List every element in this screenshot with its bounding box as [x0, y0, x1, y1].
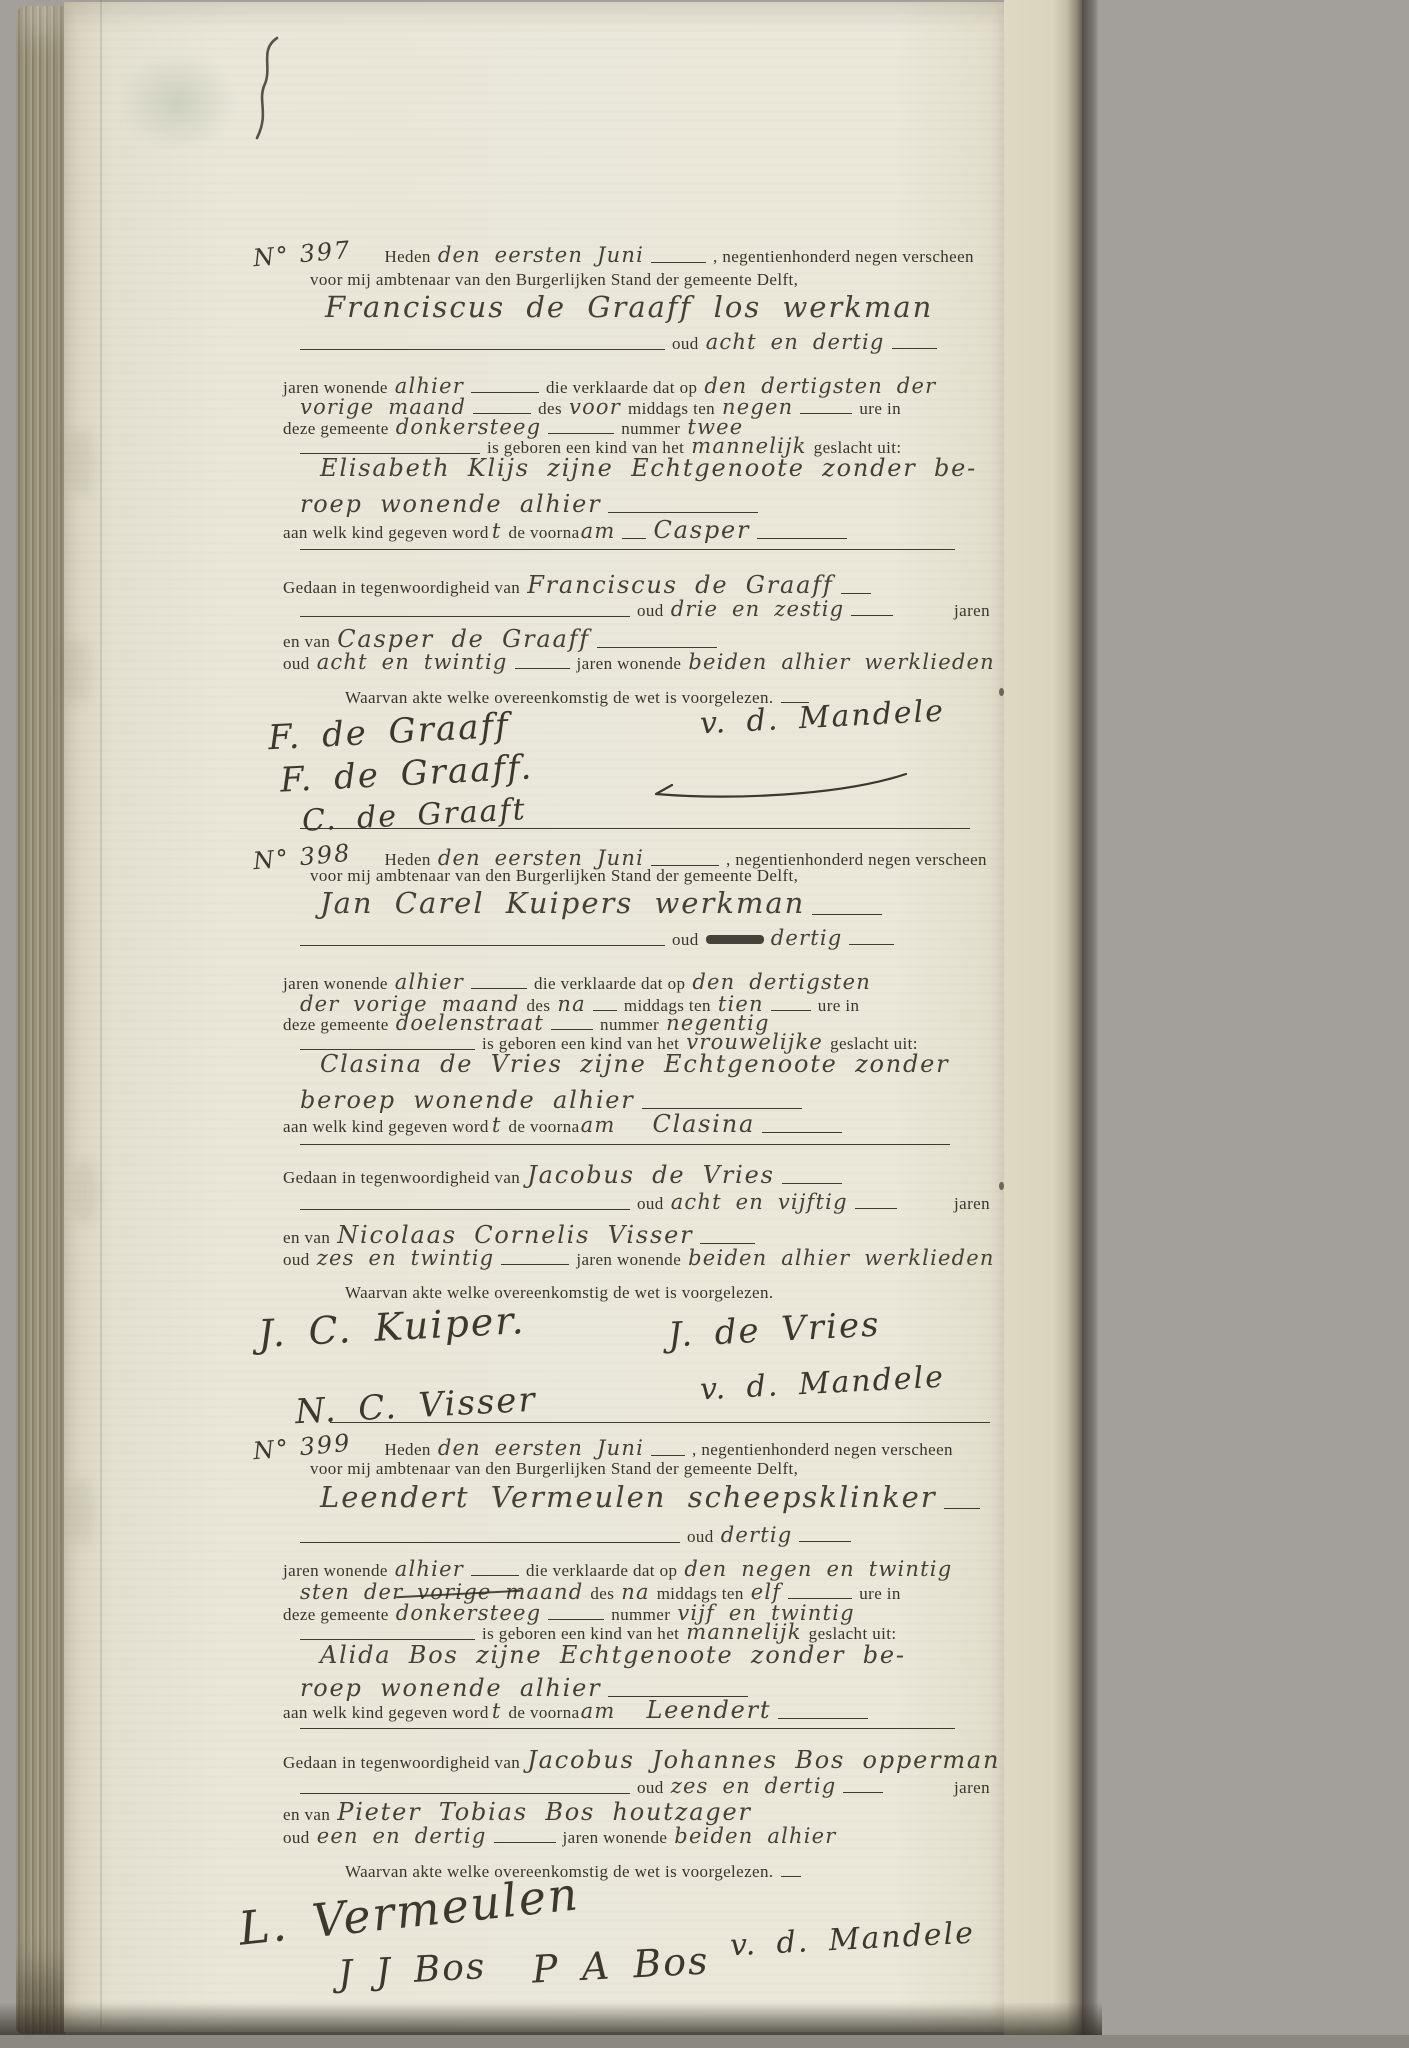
hw-witness1: Franciscus de Graaff: [527, 571, 833, 599]
label-heden: Heden: [384, 247, 430, 267]
rule: [849, 942, 894, 945]
rule: [515, 666, 570, 669]
act-separator-rule: [300, 828, 970, 829]
label-oud: oud: [637, 1194, 664, 1214]
label-en-van: en van: [283, 1805, 330, 1825]
label-jaren: jaren: [954, 1778, 990, 1798]
label-jaren-wonende: jaren wonende: [576, 1250, 681, 1270]
hw-witness2-age: zes en twintig: [317, 1246, 495, 1270]
hw-witness2: Nicolaas Cornelis Visser: [337, 1221, 693, 1249]
fill-line: [300, 1637, 475, 1640]
rule: [471, 986, 527, 989]
rule: [851, 613, 893, 616]
act-number: N° 397: [252, 236, 353, 272]
binding-gutter-shadow: [1082, 0, 1098, 2048]
hw-witness2-age: acht en twintig: [317, 650, 508, 674]
label-en-van: en van: [283, 632, 330, 652]
declarant-line: Jan Carel Kuipers werkman: [320, 886, 882, 920]
rule: [812, 912, 882, 915]
age-line: oud dertig: [300, 1523, 851, 1547]
rule: [473, 411, 531, 414]
act-separator-rule: [330, 1422, 990, 1423]
label-jaren-wonende: jaren wonende: [283, 974, 388, 994]
witness1-line: Gedaan in tegenwoordigheid van Jacobus J…: [283, 1746, 1000, 1774]
witness1-line: Gedaan in tegenwoordigheid van Franciscu…: [283, 571, 871, 599]
child-name-line: aan welk kind gegeven word t de voorna a…: [283, 1696, 868, 1724]
hw-birth-date-1: den negen en twintig: [684, 1557, 952, 1581]
book-page-stack-edge: [16, 6, 66, 2034]
witness1-age-line: oud acht en vijftig jaren: [300, 1190, 990, 1214]
declarant-line: Franciscus de Graaff los werkman: [325, 290, 933, 324]
hw-residence-both: beiden alhier werklieden: [688, 650, 995, 674]
label-oud: oud: [637, 601, 664, 621]
hw-child-name: Leendert: [646, 1696, 771, 1724]
label-oud: oud: [283, 1250, 310, 1270]
label-de-voorna: de voorna: [508, 1703, 579, 1723]
section-rule: [300, 549, 955, 550]
ink-bleed-smudge: [68, 1480, 94, 1544]
hw-residence: alhier: [395, 970, 464, 994]
residence-line: jaren wonende alhier die verklaarde dat …: [283, 1557, 952, 1581]
rule: [651, 1453, 685, 1456]
label-aan-welk: aan welk kind gegeven word: [283, 523, 489, 543]
hw-word-suffix: t: [492, 519, 502, 543]
rule: [841, 591, 871, 594]
hw-birth-date-1: den dertigsten: [692, 970, 871, 994]
rule: [892, 346, 937, 349]
label-year: , negentienhonderd negen verscheen: [713, 247, 974, 267]
hw-act-date: den eersten Juni: [438, 243, 644, 267]
section-rule: [300, 1144, 950, 1145]
hw-witness2: Casper de Graaff: [337, 625, 590, 653]
label-oud: oud: [283, 654, 310, 674]
hw-voorna-suffix: am: [581, 1113, 616, 1137]
signature: J J Bos: [337, 1946, 487, 1995]
witness2-line: en van Nicolaas Cornelis Visser: [283, 1221, 755, 1249]
witness1-line: Gedaan in tegenwoordigheid van Jacobus d…: [283, 1161, 842, 1189]
label-oud: oud: [672, 930, 699, 950]
label-official: voor mij ambtenaar van den Burgerlijken …: [310, 866, 798, 886]
witness2-line: en van Casper de Graaff: [283, 625, 717, 653]
rule: [771, 1008, 811, 1011]
stitch-hole: [999, 688, 1004, 696]
rule: [762, 1130, 842, 1133]
child-name-line: aan welk kind gegeven word t de voorna a…: [283, 516, 847, 544]
label-die-verklaarde: die verklaarde dat op: [534, 974, 685, 994]
hw-residence-both: beiden alhier: [674, 1824, 836, 1848]
rule: [471, 1573, 519, 1576]
section-rule: [300, 1728, 955, 1729]
fill-line: [300, 1540, 680, 1543]
hw-witness2-age: een en dertig: [317, 1824, 487, 1848]
label-ure-in: ure in: [818, 996, 860, 1016]
mother-line-1: Alida Bos zijne Echtgenoote zonder be-: [320, 1641, 906, 1669]
label-oud: oud: [283, 1828, 310, 1848]
witness2-age-line: oud acht en twintig jaren wonende beiden…: [283, 650, 995, 674]
rule: [642, 1106, 802, 1109]
hw-age: dertig: [721, 1523, 793, 1547]
label-heden: Heden: [384, 1440, 430, 1460]
hw-mother-cont: roep wonende alhier: [300, 490, 601, 518]
rule: [494, 1840, 556, 1843]
child-name-line: aan welk kind gegeven word t de voorna a…: [283, 1110, 842, 1138]
hw-word-suffix: t: [492, 1699, 502, 1723]
page-crease: [100, 0, 102, 2030]
stitch-hole: [999, 1182, 1004, 1190]
rule: [799, 1539, 851, 1542]
ink-flourish: [247, 34, 291, 151]
rule: [622, 536, 646, 539]
label-gedaan: Gedaan in tegenwoordigheid van: [283, 1753, 520, 1773]
label-oud: oud: [687, 1527, 714, 1547]
fill-line: [300, 943, 665, 946]
fill-line: [300, 1791, 630, 1794]
hw-act-date: den eersten Juni: [438, 1436, 644, 1460]
hw-mother: Elisabeth Klijs zijne Echtgenoote zonder…: [320, 454, 977, 482]
hw-voorna-suffix: am: [581, 519, 616, 543]
official-line: voor mij ambtenaar van den Burgerlijken …: [310, 270, 798, 290]
hw-residence-both: beiden alhier werklieden: [688, 1246, 995, 1270]
rule: [855, 1206, 897, 1209]
hw-child-name: Casper: [653, 516, 750, 544]
label-ure-in: ure in: [859, 1584, 901, 1604]
label-official: voor mij ambtenaar van den Burgerlijken …: [310, 1459, 798, 1479]
hw-child-name: Clasina: [652, 1110, 755, 1138]
label-jaren-wonende: jaren wonende: [563, 1828, 668, 1848]
register-page-scan: N° 397 Heden den eersten Juni , negentie…: [0, 0, 1409, 2048]
label-aan-welk: aan welk kind gegeven word: [283, 1117, 489, 1137]
fill-line: [300, 347, 665, 350]
hw-declarant: Leendert Vermeulen scheepsklinker: [320, 1480, 937, 1514]
hw-mother: Clasina de Vries zijne Echtgenoote zonde…: [320, 1050, 949, 1078]
label-jaren: jaren: [954, 1194, 990, 1214]
witness2-age-line: oud een en dertig jaren wonende beiden a…: [283, 1824, 837, 1848]
page-bottom-shadow: [0, 2002, 1102, 2036]
rule: [471, 390, 539, 393]
witness1-age-line: oud drie en zestig jaren: [300, 597, 990, 621]
label-oud: oud: [672, 334, 699, 354]
witness2-line: en van Pieter Tobias Bos houtzager: [283, 1798, 752, 1826]
underlying-page-edge: [1004, 0, 1082, 2048]
act-header-line: N° 397 Heden den eersten Juni , negentie…: [253, 240, 974, 268]
label-waarvan: Waarvan akte welke overeenkomstig de wet…: [345, 1283, 774, 1303]
age-line: oud acht en dertig: [300, 330, 937, 354]
hw-word-suffix: t: [492, 1113, 502, 1137]
hw-voorna-suffix: am: [581, 1699, 616, 1723]
rule: [700, 1241, 755, 1244]
closing-line: Waarvan akte welke overeenkomstig de wet…: [345, 1283, 774, 1303]
witness1-age-line: oud zes en dertig jaren: [300, 1774, 990, 1798]
mother-line-2: roep wonende alhier: [300, 490, 758, 518]
rule: [757, 536, 847, 539]
hw-mother: Alida Bos zijne Echtgenoote zonder be-: [320, 1641, 906, 1669]
rule: [800, 411, 852, 414]
photo-bottom-edge: [0, 2035, 1409, 2048]
rule: [843, 1790, 883, 1793]
mother-line-1: Elisabeth Klijs zijne Echtgenoote zonder…: [320, 454, 977, 482]
label-en-van: en van: [283, 1228, 330, 1248]
hw-residence: alhier: [395, 1557, 464, 1581]
official-line: voor mij ambtenaar van den Burgerlijken …: [310, 866, 798, 886]
ink-bleed-smudge: [72, 1160, 98, 1224]
label-oud: oud: [637, 1778, 664, 1798]
label-jaren-wonende: jaren wonende: [283, 1561, 388, 1581]
hw-declarant: Jan Carel Kuipers werkman: [320, 886, 805, 920]
declarant-line: Leendert Vermeulen scheepsklinker: [320, 1480, 980, 1514]
hw-witness1-age: acht en vijftig: [671, 1190, 848, 1214]
ink-bleed-smudge: [68, 430, 94, 494]
signature: P A Bos: [531, 1938, 711, 1991]
hw-age: acht en dertig: [706, 330, 885, 354]
label-year: , negentienhonderd negen verscheen: [692, 1440, 953, 1460]
hw-witness1-age: drie en zestig: [671, 597, 845, 621]
mother-line-1: Clasina de Vries zijne Echtgenoote zonde…: [320, 1050, 949, 1078]
hw-witness2: Pieter Tobias Bos houtzager: [337, 1798, 752, 1826]
rule: [788, 1596, 852, 1599]
paper-stain: [118, 52, 238, 152]
rule: [781, 1874, 801, 1877]
label-jaren-wonende: jaren wonende: [577, 654, 682, 674]
hw-age: dertig: [771, 926, 843, 950]
rule: [501, 1262, 569, 1265]
hw-witness1: Jacobus de Vries: [527, 1161, 775, 1189]
label-aan-welk: aan welk kind gegeven word: [283, 1703, 489, 1723]
witness2-age-line: oud zes en twintig jaren wonende beiden …: [283, 1246, 995, 1270]
rule: [651, 260, 706, 263]
label-official: voor mij ambtenaar van den Burgerlijken …: [310, 270, 798, 290]
act-header-line: N° 399 Heden den eersten Juni , negentie…: [253, 1433, 953, 1461]
label-jaren: jaren: [954, 601, 990, 621]
label-die-verklaarde: die verklaarde dat op: [526, 1561, 677, 1581]
ink-blot: [706, 935, 764, 944]
official-line: voor mij ambtenaar van den Burgerlijken …: [310, 1459, 798, 1479]
rule: [597, 645, 717, 648]
label-de-voorna: de voorna: [508, 1117, 579, 1137]
label-gedaan: Gedaan in tegenwoordigheid van: [283, 1168, 520, 1188]
fill-line: [300, 614, 630, 617]
rule: [778, 1716, 868, 1719]
label-de-voorna: de voorna: [508, 523, 579, 543]
rule: [782, 1181, 842, 1184]
rule: [944, 1506, 980, 1509]
rule: [608, 510, 758, 513]
residence-line: jaren wonende alhier die verklaarde dat …: [283, 970, 871, 994]
hw-declarant: Franciscus de Graaff los werkman: [325, 290, 933, 324]
age-line: oud dertig: [300, 926, 894, 950]
label-gedaan: Gedaan in tegenwoordigheid van: [283, 578, 520, 598]
signature-flourish: [650, 770, 910, 807]
hw-witness1: Jacobus Johannes Bos opperman: [527, 1746, 1000, 1774]
label-ure-in: ure in: [859, 399, 901, 419]
fill-line: [300, 1207, 630, 1210]
ink-bleed-smudge: [64, 640, 90, 704]
hw-witness1-age: zes en dertig: [671, 1774, 837, 1798]
